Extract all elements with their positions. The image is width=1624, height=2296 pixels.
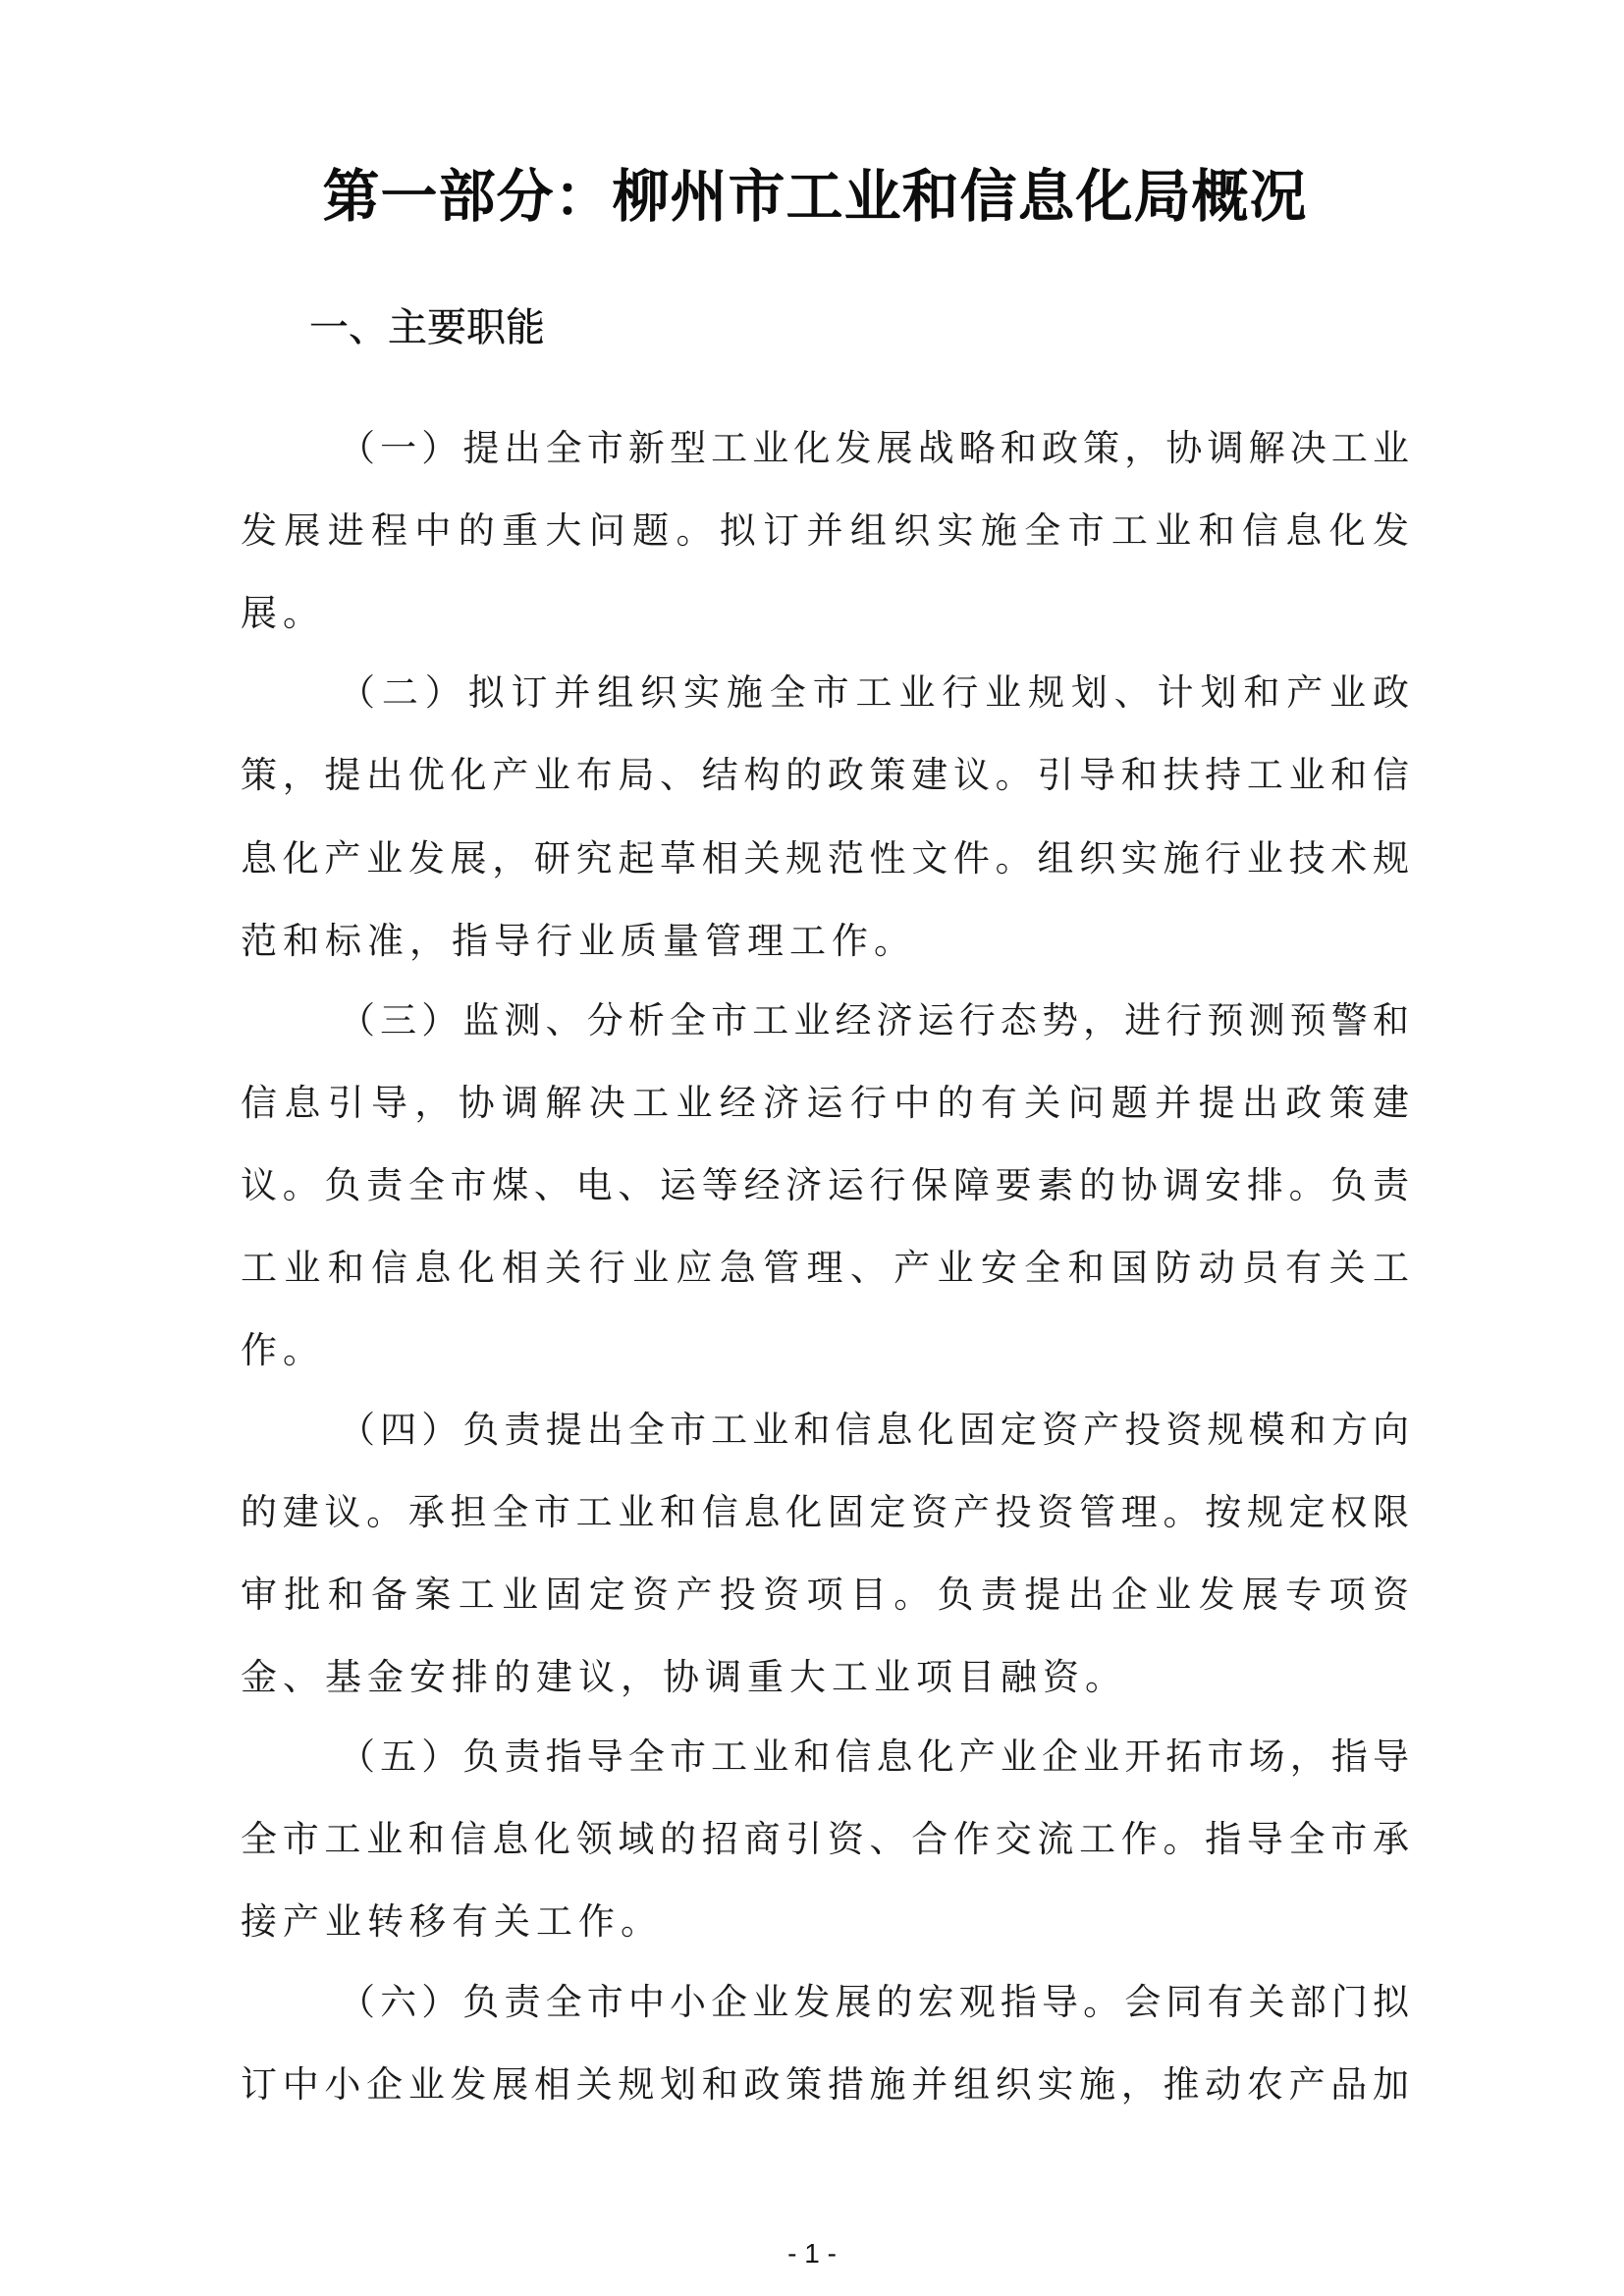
- paragraph-line: （三）监测、分析全市工业经济运行态势，进行预测预警和: [339, 991, 1409, 1050]
- paragraph-line: （六）负责全市中小企业发展的宏观指导。会同有关部门拟: [339, 1973, 1409, 2032]
- paragraph-line: 全市工业和信息化领域的招商引资、合作交流工作。指导全市承: [241, 1810, 1409, 1869]
- paragraph-line: 展。: [241, 584, 1409, 643]
- paragraph-line: 接产业转移有关工作。: [241, 1893, 1409, 1951]
- paragraph-line: （四）负责提出全市工业和信息化固定资产投资规模和方向: [339, 1401, 1409, 1460]
- paragraph-line: 信息引导，协调解决工业经济运行中的有关问题并提出政策建: [241, 1074, 1409, 1133]
- document-page: 第一部分：柳州市工业和信息化局概况 一、主要职能 （一）提出全市新型工业化发展战…: [0, 0, 1624, 2296]
- paragraph-line: 审批和备案工业固定资产投资项目。负责提出企业发展专项资: [241, 1566, 1409, 1625]
- paragraph-line: 议。负责全市煤、电、运等经济运行保障要素的协调安排。负责: [241, 1156, 1409, 1215]
- paragraph-line: 发展进程中的重大问题。拟订并组织实施全市工业和信息化发: [241, 502, 1409, 561]
- paragraph-line: 的建议。承担全市工业和信息化固定资产投资管理。按规定权限: [241, 1483, 1409, 1542]
- paragraph-line: 范和标准，指导行业质量管理工作。: [241, 912, 1409, 971]
- paragraph-line: （二）拟订并组织实施全市工业行业规划、计划和产业政: [339, 664, 1409, 722]
- paragraph-line: 工业和信息化相关行业应急管理、产业安全和国防动员有关工: [241, 1239, 1409, 1298]
- paragraph-line: 订中小企业发展相关规划和政策措施并组织实施，推动农产品加: [241, 2056, 1409, 2114]
- paragraph-line: 金、基金安排的建议，协调重大工业项目融资。: [241, 1648, 1409, 1707]
- paragraph-line: （五）负责指导全市工业和信息化产业企业开拓市场，指导: [339, 1728, 1409, 1787]
- paragraph-line: 作。: [241, 1321, 1409, 1380]
- paragraph-line: （一）提出全市新型工业化发展战略和政策，协调解决工业: [339, 419, 1409, 478]
- page-number: - 1 -: [714, 2234, 910, 2273]
- section-heading: 一、主要职能: [309, 298, 545, 357]
- paragraph-line: 息化产业发展，研究起草相关规范性文件。组织实施行业技术规: [241, 829, 1409, 888]
- page-title: 第一部分：柳州市工业和信息化局概况: [295, 157, 1335, 236]
- paragraph-line: 策，提出优化产业布局、结构的政策建议。引导和扶持工业和信: [241, 746, 1409, 805]
